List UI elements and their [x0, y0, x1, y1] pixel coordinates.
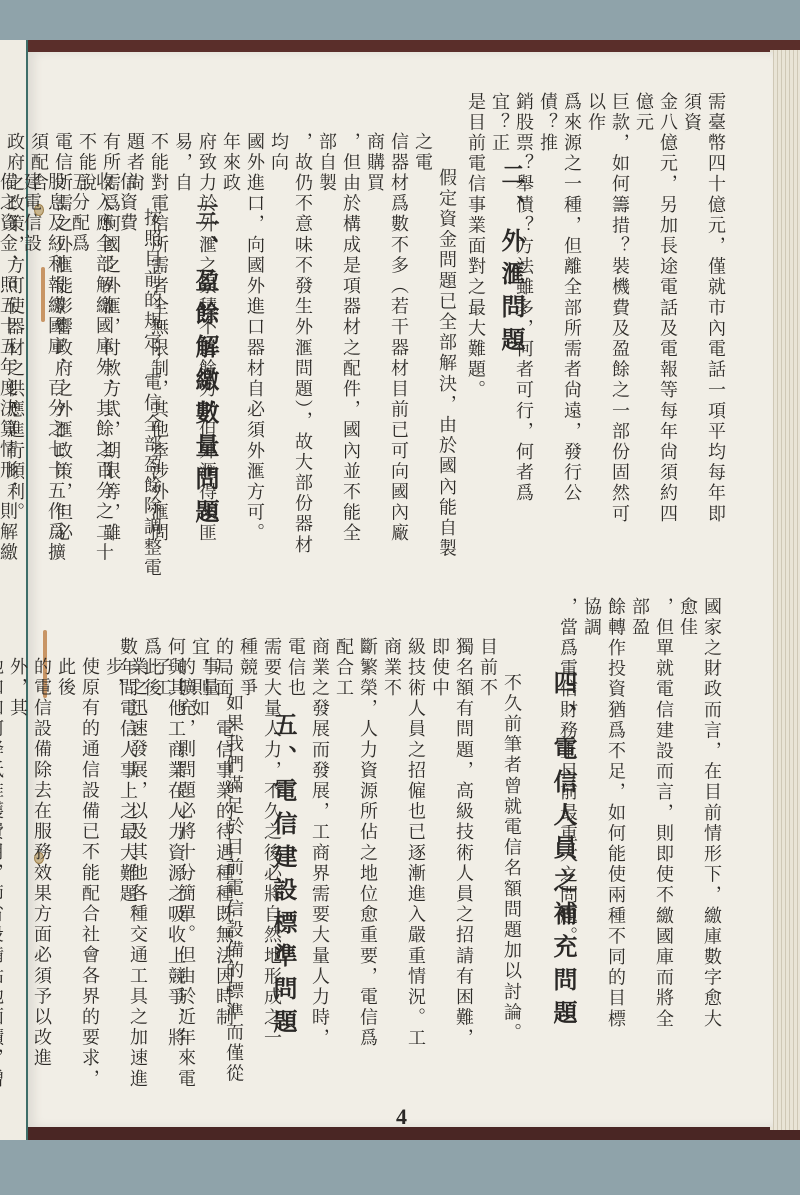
section-2-heading: 二、外滙問題	[494, 162, 529, 360]
text-line: 使原有的通信設備已不能配合社會各界的要求，此後	[53, 657, 101, 1097]
text-line: ，但單就電信建設而言，則即使不繳國庫而將全部盈	[627, 597, 675, 1037]
section-5-heading: 五、電信建設標準問題	[266, 712, 301, 1042]
text-line: 收入應全部解繳國庫外，其餘之百分之二十五分配爲	[67, 172, 115, 582]
text-line: 業之迅速發展，以及其他各種交通工具之加速進步，	[101, 657, 149, 1097]
section-4-heading: 四、電信人員之補充問題	[546, 670, 581, 1033]
text-line: 國外進口，向國外進口器材自必須外滙方可。年來政	[218, 132, 266, 562]
text-line: 國家之財政而言，在目前情形下，繳庫數字愈大愈佳	[675, 597, 723, 1037]
text-line: 斷繁榮，人力資源所佔之地位愈重要，電信爲配合工	[331, 637, 379, 1057]
text-line: 巨款，如何籌措？裝機費及盈餘之一部份固然可以作	[583, 92, 631, 542]
text-line: 按照目前的規定，電信全部盈餘除調整電信資費	[115, 172, 163, 582]
text-line: 信器材爲數不多（若干器材目前已可向國內廠商購買	[362, 132, 410, 562]
text-line: 金八億元，另加長途電話及電報等每年尙須約四億元	[631, 92, 679, 542]
text-line: 的擴充，則問題必將十分簡單。但由於近年來電子工	[149, 657, 197, 1097]
text-line: 備之資金，照五十五年度決算情形，則解繳國庫者約	[0, 172, 19, 582]
text-line: 餘轉作投資猶爲不足，如何能使兩種不同的目標協調	[579, 597, 627, 1037]
text-line: 需臺幣四十億元，僅就市內電話一項平均每年即須資	[679, 92, 727, 542]
text-line: 級技術人員之招僱也已逐漸進入嚴重情況。工商業不	[379, 637, 427, 1057]
section-5-paragraph: 如果我們滿足於目前電信設備的標準而僅從事量 的擴充，則問題必將十分簡單。但由於近…	[0, 657, 245, 1097]
text-line: ，故仍不意味不發生外滙問題），故大部份器材均向	[266, 132, 314, 562]
text-line: 獨名額有問題，高級技術人員之招請有困難，即使中	[427, 637, 475, 1057]
text-line: 是目前電信事業面對之最大難題。	[463, 92, 487, 542]
section-3-heading: 三、盈餘解繳數量問題	[188, 202, 223, 532]
text-line: 不久前筆者曾就電信名額問題加以討論。目前不	[475, 637, 523, 1057]
text-line: 股息及紅利報繳國庫，百分之七十五作爲擴建電信設	[19, 172, 67, 582]
text-line: 的電信設備除去在服務效果方面必須予以改進外，其	[5, 657, 53, 1097]
page-stack-edge	[770, 50, 800, 1130]
text-line: 爲來源之一種，但離全部所需者尙遠，發行公債？推	[535, 92, 583, 542]
text-line: 如果我們滿足於目前電信設備的標準而僅從事量	[197, 657, 245, 1097]
text-line: 他如如何降低維護費用，節省設備佔地面積，增加設	[0, 657, 5, 1097]
text-line: ，但由於構成是項器材之配件，國內並不能全部自製	[314, 132, 362, 562]
text-line: 假定資金問題已全部解決，由於國內能自製之電	[410, 132, 458, 562]
page-number: 4	[396, 1104, 407, 1130]
book-page: 需臺幣四十億元，僅就市內電話一項平均每年即須資 金八億元，另加長途電話及電報等每…	[28, 52, 773, 1127]
section-3-paragraph: 按照目前的規定，電信全部盈餘除調整電信資費 收入應全部解繳國庫外，其餘之百分之二…	[0, 172, 163, 582]
